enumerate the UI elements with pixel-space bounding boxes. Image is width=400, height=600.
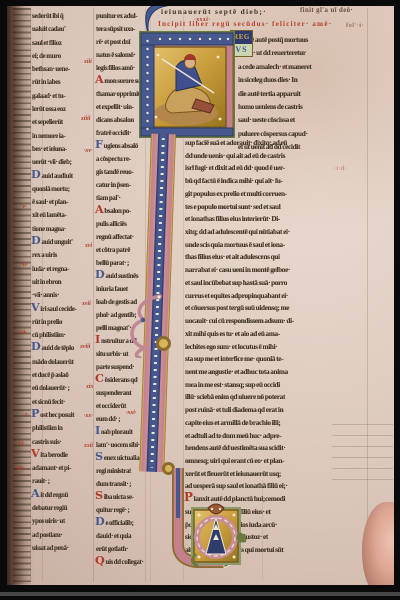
line-text: sederūt ibi q̄ bbox=[32, 13, 63, 20]
chapter-initial: S bbox=[95, 449, 103, 463]
line-text: mea in me est· stansq; sup eū occidi bbox=[185, 381, 280, 389]
line-text: et cōtra patrē bbox=[96, 247, 130, 254]
line-text: e officialib; bbox=[105, 520, 133, 527]
text-line: hendens autē dd uestimēta sua scidit· bbox=[184, 441, 368, 454]
chapter-initial: D bbox=[95, 267, 104, 281]
text-line: dauid· et quia bbox=[95, 529, 152, 542]
chapter-numeral: xix bbox=[86, 384, 93, 390]
line-text: thas filius eius· et ait adulescens qui bbox=[185, 253, 280, 261]
line-text: tiam pal'· bbox=[96, 195, 121, 202]
chapter-numeral: ·vii· bbox=[18, 330, 27, 336]
text-line: a cōspectu re- bbox=[95, 152, 152, 165]
line-text: dauid· et quia bbox=[96, 533, 131, 540]
rubric-text: finit gl'a uī deō· bbox=[300, 7, 353, 14]
line-text: bes· et ieiuna- bbox=[32, 146, 67, 153]
line-text: rē· et post dnī bbox=[96, 39, 130, 46]
line-text: uocauit· cui cū respondissem adsum· di- bbox=[185, 317, 294, 325]
line-text: a cōspectu re- bbox=[96, 156, 131, 163]
text-line: xitq; dd ad adulescentē qui nūtiabat ei· bbox=[184, 225, 368, 238]
line-text: et cōuersus post tergū suū uidensq; me bbox=[185, 304, 289, 312]
line-text: quitur regē· ; bbox=[96, 507, 129, 514]
line-text: philistiim in bbox=[32, 425, 63, 432]
text-line: saul· ueste cōscissa et bbox=[237, 113, 368, 126]
text-line: uit in ebron bbox=[31, 275, 92, 288]
line-text: parte suspend· bbox=[96, 364, 134, 371]
line-text: git populus ex prelio et multi corruen- bbox=[185, 190, 287, 198]
text-line: gis tandē reuo- bbox=[95, 165, 152, 178]
text-line: Ait dd regnū bbox=[31, 488, 92, 501]
text-line: post ruinā· et tuli diadema qd erat in bbox=[184, 403, 368, 416]
photo-border-grey-strip bbox=[0, 592, 400, 596]
line-text: rex a uiris bbox=[32, 252, 57, 259]
chapter-numeral: ·v· bbox=[21, 204, 26, 210]
text-line: in siceleg duos dies· In bbox=[237, 73, 368, 86]
text-line: ualuit cadau' bbox=[31, 22, 92, 35]
chapter-numeral: ·xi· bbox=[17, 441, 24, 447]
text-line: bū qd factū ē indica mihi· qui ait· fu- bbox=[184, 174, 368, 187]
line-text: illū· sciebā enim qd uiuere nō poterat bbox=[185, 393, 285, 401]
chapter-initial: I bbox=[95, 423, 100, 437]
line-text: et ducē p̄ aslaō bbox=[32, 372, 68, 379]
line-text: iba uicta se- bbox=[104, 494, 134, 501]
chapter-initial: D bbox=[95, 514, 104, 528]
line-text: regnū affectat· bbox=[96, 234, 134, 241]
facing-page-edge bbox=[13, 8, 31, 584]
text-line: xit mihi quis es tu· et aio ad eū ama- bbox=[184, 327, 368, 340]
text-line: Dauid unguit' bbox=[31, 235, 92, 248]
chapter-numeral: xvi bbox=[85, 243, 92, 249]
line-text: unde scis quia mortuus ē saul et iona- bbox=[185, 241, 285, 249]
line-text: nent me angustie· et adhuc tota anima bbox=[185, 368, 288, 376]
text-line: lechites ego sum· et locutus ē mihi· bbox=[184, 340, 368, 353]
line-text: ypos uiris· ut bbox=[32, 518, 65, 525]
text-line: bes· et ieiuna- bbox=[31, 142, 92, 155]
text-line: actū ē autē postq̄ mortuus bbox=[237, 33, 368, 46]
chapter-numeral: ·xx· bbox=[84, 413, 93, 419]
line-text: adamant· et pi- bbox=[32, 465, 71, 472]
line-text: enex uictualia bbox=[104, 455, 140, 462]
chapter-initial: Q bbox=[95, 553, 104, 567]
illuminated-initial-f bbox=[136, 1, 238, 139]
line-text: tera sūpsit uxo- bbox=[96, 26, 135, 33]
chapter-initial: A bbox=[95, 72, 103, 86]
chapter-numeral: xviii bbox=[80, 344, 90, 350]
line-text: saul· ueste cōscissa et bbox=[238, 116, 295, 124]
text-line: uocauit· cui cū respondissem adsum· di- bbox=[184, 314, 368, 327]
text-line: tione magna· bbox=[31, 222, 92, 235]
line-text: et adtuli ad te dnm meū huc· adpre- bbox=[185, 432, 281, 440]
descender-terminal-medallion bbox=[150, 458, 250, 582]
text-line: Fugiens absalō bbox=[95, 139, 152, 152]
line-text: eū dolauerūt· ; bbox=[32, 385, 70, 392]
capitula-column-left: sederūt ibi q̄ualuit cadau'saul et filio… bbox=[31, 9, 92, 554]
text-line: Siba uicta se- bbox=[95, 490, 152, 503]
line-text: quoniā mortu; bbox=[32, 186, 70, 193]
line-text: ad postiam· bbox=[32, 532, 62, 539]
line-text: homo ueniens de castris bbox=[238, 103, 302, 111]
text-line: git populus ex prelio et multi corruen- bbox=[184, 187, 368, 200]
text-line: unde scis quia mortuus ē saul et iona- bbox=[184, 238, 368, 251]
line-text: suspenderant bbox=[96, 390, 131, 397]
line-text: xitq; dd ad adulescentē qui nūtiabat ei· bbox=[185, 228, 290, 236]
chapter-initial: I bbox=[95, 332, 100, 346]
line-text: in siceleg duos dies· In bbox=[238, 76, 298, 84]
text-line: rauit· ; bbox=[31, 474, 92, 487]
text-line: ypos uiris· ut bbox=[31, 514, 92, 527]
line-text: ōsiderans qd bbox=[105, 377, 138, 384]
line-text: bethsan· uene- bbox=[32, 66, 70, 73]
descender-tendril bbox=[120, 292, 162, 358]
line-text: mādo dolauerūt bbox=[32, 359, 74, 366]
text-line: homo ueniens de castris bbox=[237, 100, 368, 113]
line-text: post ruinā· et tuli diadema qd erat in bbox=[185, 406, 283, 414]
chapter-numeral: xvii bbox=[82, 301, 91, 307]
photo-border-top bbox=[0, 0, 400, 6]
text-line: ei; de muro bbox=[31, 49, 92, 62]
text-line: rūt in iabes bbox=[31, 75, 92, 88]
text-line: narrabat ei· casu ueni in montē gelboe· bbox=[184, 263, 368, 276]
text-line: ad postiam· bbox=[31, 528, 92, 541]
line-text: eum dd· ; bbox=[96, 416, 120, 423]
chapter-numeral: xiii bbox=[84, 59, 92, 65]
line-text: currus et equites adpropinquabant ei· bbox=[185, 292, 288, 300]
text-line: lerūt ossa eoz bbox=[31, 102, 92, 115]
line-text: cū philistiim· bbox=[32, 332, 66, 339]
line-text: lechites ego sum· et locutus ē mihi· bbox=[185, 343, 277, 351]
line-text: capite eius et armillā de brachio illi; bbox=[185, 419, 281, 427]
line-text: et ionathas filius eius interierūt· Di- bbox=[185, 215, 280, 223]
text-line: die autē tertia apparuit bbox=[237, 87, 368, 100]
photo-border-right bbox=[394, 0, 400, 600]
line-text: a cede amalech· et maneret bbox=[238, 63, 312, 71]
text-line: in nemore ia- bbox=[31, 129, 92, 142]
text-line: et sicnū fecit· bbox=[31, 395, 92, 408]
line-text: auid de tēplo bbox=[41, 345, 74, 352]
chapter-numeral: xiiii bbox=[81, 116, 90, 122]
line-text: dum transit· ; bbox=[96, 481, 131, 488]
text-line: xit eū lamēta- bbox=[31, 208, 92, 221]
text-line: uiuat ad penā· bbox=[31, 541, 92, 554]
chapter-numeral: ·xv· bbox=[84, 148, 92, 154]
line-text: auid sustinēs bbox=[105, 273, 138, 280]
line-text: uis dd collegat· bbox=[105, 559, 143, 566]
line-text: debatur regiū bbox=[32, 505, 67, 512]
line-text: iri saul cecide- bbox=[40, 306, 76, 313]
ruling-line bbox=[93, 8, 94, 582]
rubric-text: fol'·i· bbox=[346, 22, 364, 29]
text-line: mādo dolauerūt bbox=[31, 355, 92, 368]
text-line: ē saul· ut dd reuerteretur bbox=[237, 46, 368, 59]
text-line: dd unde uenis· qui ait ad eū de castris bbox=[184, 149, 368, 162]
chapter-numeral: ·xii· bbox=[15, 466, 24, 472]
text-line: Absalon po- bbox=[95, 204, 152, 217]
line-text: ost hec posuit bbox=[40, 412, 74, 419]
text-line: et ionathas filius eius interierūt· Di- bbox=[184, 212, 368, 225]
text-line: quoniā mortu; bbox=[31, 182, 92, 195]
chapter-initial: D bbox=[31, 339, 40, 353]
line-text: catur in p̄sen- bbox=[96, 182, 131, 189]
line-text: narrabat ei· casu ueni in montē gelboe· bbox=[185, 266, 290, 274]
line-text: dicans absalon bbox=[96, 117, 134, 124]
text-line: iuda· et regna- bbox=[31, 262, 92, 275]
line-text: punitur ex adul- bbox=[96, 13, 137, 20]
text-line: et saul incūbebat sup hastā suā· porro bbox=[184, 276, 368, 289]
text-line: illū· sciebā enim qd uiuere nō poterat bbox=[184, 390, 368, 403]
text-line: et cōtra patrē bbox=[95, 243, 152, 256]
text-line: adamant· et pi- bbox=[31, 461, 92, 474]
text-line: thas filius eius· et ait adulescens qui bbox=[184, 250, 368, 263]
line-text: it dd regnū bbox=[40, 492, 68, 499]
text-line: et ducē p̄ aslaō bbox=[31, 368, 92, 381]
text-line: debatur regiū bbox=[31, 501, 92, 514]
line-text: rūt in prelio bbox=[32, 319, 62, 326]
chapter-numeral: ·xxi· bbox=[126, 410, 136, 416]
line-text: ē saul· et plan- bbox=[32, 199, 68, 206]
chapter-initial: V bbox=[31, 446, 39, 460]
line-text: tes e populo mortui sunt· sed et saul bbox=[185, 203, 280, 211]
line-text: in nemore ia- bbox=[32, 133, 66, 140]
text-line: tes e populo mortui sunt· sed et saul bbox=[184, 200, 368, 213]
text-line: et cōuersus post tergū suū uidensq; me bbox=[184, 301, 368, 314]
chapter-initial: V bbox=[31, 300, 39, 314]
line-text: saul et filioz bbox=[32, 40, 62, 47]
text-line: tiam pal'· bbox=[95, 191, 152, 204]
text-line: rex a uiris bbox=[31, 248, 92, 261]
text-line: a cede amalech· et maneret bbox=[237, 60, 368, 73]
line-text: lerūt ossa eoz bbox=[32, 106, 66, 113]
line-text: ualuit cadau' bbox=[32, 26, 66, 33]
line-text: gis tandē reuo- bbox=[96, 169, 133, 176]
photo-border-left bbox=[0, 0, 7, 600]
text-line: bethsan· uene- bbox=[31, 62, 92, 75]
line-text: ·vii· annis· bbox=[32, 292, 59, 299]
chapter-initial: P bbox=[31, 406, 39, 420]
text-line: galaad· et tu- bbox=[31, 89, 92, 102]
chapter-initial: A bbox=[95, 202, 103, 216]
line-text: rauit· ; bbox=[32, 478, 50, 485]
line-text: xit mihi quis es tu· et aio ad eū ama- bbox=[185, 330, 280, 338]
line-text: castris suis· bbox=[32, 439, 61, 446]
line-text: sup faciē suā et adorauit· dixitq; ad eū bbox=[185, 139, 287, 147]
text-line: currus et equites adpropinquabant ei· bbox=[184, 289, 368, 302]
line-text: iuda· et regna- bbox=[32, 266, 69, 273]
chapter-initial: S bbox=[95, 488, 103, 502]
chapter-initial: C bbox=[95, 371, 104, 385]
text-line: dum transit· ; bbox=[95, 477, 152, 490]
line-text: xit eū lamēta- bbox=[32, 212, 66, 219]
line-text: bellū parat· ; bbox=[96, 260, 129, 267]
line-text: et expellit· uin- bbox=[96, 104, 134, 111]
line-text: uiuat ad penā· bbox=[32, 545, 69, 552]
chapter-numeral: xxii bbox=[84, 443, 93, 449]
line-text: ei; de muro bbox=[32, 53, 61, 60]
line-text: et sicnū fecit· bbox=[32, 399, 65, 406]
text-line: cū philistiim· bbox=[31, 328, 92, 341]
line-text: bū qd factū ē indica mihi· qui ait· fu- bbox=[185, 177, 283, 185]
text-line: sederūt ibi q̄ bbox=[31, 9, 92, 22]
text-line: uerūt ·vii· dieb; bbox=[31, 155, 92, 168]
rubric-text: ·i·d· bbox=[334, 166, 347, 172]
line-text: pulis alliciēs bbox=[96, 221, 127, 228]
line-text: die autē tertia apparuit bbox=[238, 90, 301, 98]
line-text: et occiderūt bbox=[96, 403, 126, 410]
text-line: et adtuli ad te dnm meū huc· adpre- bbox=[184, 429, 368, 442]
line-text: lam'· uocem sibi· bbox=[96, 442, 140, 449]
line-text: erūt gotlath· bbox=[96, 546, 128, 553]
text-line: pulis alliciēs bbox=[95, 217, 152, 230]
text-line: De officialib; bbox=[95, 516, 152, 529]
text-line: mea in me est· stansq; sup eū occidi bbox=[184, 378, 368, 391]
text-line: philistiim in bbox=[31, 421, 92, 434]
line-text: bsalon po- bbox=[104, 208, 131, 215]
line-text: legis filios amō· bbox=[96, 65, 135, 72]
line-text: uerūt ·vii· dieb; bbox=[32, 159, 72, 166]
text-line: sta sup me et interfice me· quoniā te- bbox=[184, 352, 368, 365]
text-line: nent me angustie· et adhuc tota anima bbox=[184, 365, 368, 378]
text-line: ē saul· et plan- bbox=[31, 195, 92, 208]
line-text: thamar opprimit bbox=[96, 91, 140, 98]
chapter-initial: D bbox=[31, 233, 40, 247]
line-text: ugiens absalō bbox=[104, 143, 138, 150]
line-text: hendens autē dd uestimēta sua scidit· bbox=[185, 444, 285, 452]
text-line: Quis dd collegat· bbox=[95, 555, 152, 568]
line-text: natus ē salomō· bbox=[96, 52, 135, 59]
line-text: auid unguit' bbox=[41, 239, 72, 246]
line-text: rūt in iabes bbox=[32, 79, 60, 86]
text-line: catur in p̄sen- bbox=[95, 178, 152, 191]
chapter-initial: A bbox=[31, 486, 39, 500]
line-text: tione magna· bbox=[32, 226, 66, 233]
line-text: fratrē occidit· bbox=[96, 130, 131, 137]
chapter-initial: F bbox=[95, 137, 103, 151]
line-text: galaad· et tu- bbox=[32, 93, 65, 100]
chapter-numeral: ·x· bbox=[23, 412, 29, 418]
chapter-numeral: ·vi· bbox=[21, 262, 28, 268]
line-text: uit in ebron bbox=[32, 279, 61, 286]
text-line: capite eius et armillā de brachio illi; bbox=[184, 416, 368, 429]
text-line: Vita berodie bbox=[31, 448, 92, 461]
line-text: oab plorauit bbox=[101, 429, 133, 436]
chapter-initial: D bbox=[31, 167, 40, 181]
line-text: et sepelierūt bbox=[32, 119, 63, 126]
line-text: sta sup me et interfice me· quoniā te- bbox=[185, 355, 283, 363]
line-text: regi ministrat bbox=[96, 468, 131, 475]
text-line: Dauid sustinēs bbox=[95, 269, 152, 282]
manuscript-photo: sederūt ibi q̄ualuit cadau'saul et filio… bbox=[0, 0, 400, 600]
line-text: et saul incūbebat sup hastā suā· porro bbox=[185, 279, 287, 287]
text-line: Dauid audiuit bbox=[31, 169, 92, 182]
text-line: Post hec posuit bbox=[31, 408, 92, 421]
text-line: saul et filioz bbox=[31, 36, 92, 49]
text-line: castris suis· bbox=[31, 435, 92, 448]
line-text: isrl fugi· et dixit ad eū dd· quod ē uer… bbox=[185, 164, 285, 172]
line-text: dd unde uenis· qui ait ad eū de castris bbox=[185, 152, 285, 160]
text-line: ·vii· annis· bbox=[31, 288, 92, 301]
text-line: eū dolauerūt· ; bbox=[31, 381, 92, 394]
text-line: regnū affectat· bbox=[95, 230, 152, 243]
line-text: auid audiuit bbox=[41, 173, 72, 180]
line-text: ita berodie bbox=[40, 452, 67, 459]
text-line: rūt in prelio bbox=[31, 315, 92, 328]
